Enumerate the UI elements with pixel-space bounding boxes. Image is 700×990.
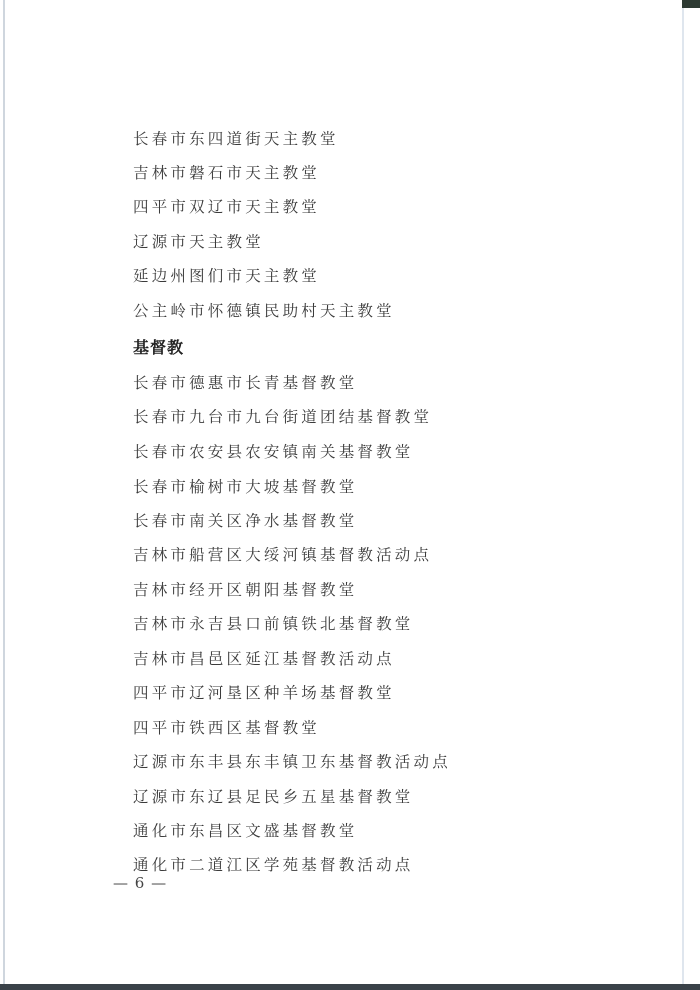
list-item: 长春市南关区净水基督教堂 [133,511,357,531]
list-item: 公主岭市怀德镇民助村天主教堂 [133,301,395,321]
list-item: 通化市二道江区学苑基督教活动点 [133,855,414,875]
list-item: 四平市铁西区基督教堂 [133,718,320,738]
page-number: — 6 — [113,874,167,892]
list-item: 吉林市船营区大绥河镇基督教活动点 [133,545,432,565]
list-item: 长春市东四道街天主教堂 [133,129,339,149]
list-item: 四平市双辽市天主教堂 [133,197,320,217]
list-item: 长春市德惠市长青基督教堂 [133,373,357,393]
scan-edge-right [682,0,684,990]
scan-corner [682,0,700,8]
list-item: 吉林市昌邑区延江基督教活动点 [133,649,395,669]
list-item: 辽源市天主教堂 [133,232,264,252]
list-item: 延边州图们市天主教堂 [133,266,320,286]
list-item: 长春市农安县农安镇南关基督教堂 [133,442,414,462]
list-item: 辽源市东丰县东丰镇卫东基督教活动点 [133,752,451,772]
list-item: 辽源市东辽县足民乡五星基督教堂 [133,787,414,807]
list-item: 通化市东昌区文盛基督教堂 [133,821,357,841]
section-heading: 基督教 [133,338,184,358]
list-item: 四平市辽河垦区种羊场基督教堂 [133,683,395,703]
list-item: 吉林市永吉县口前镇铁北基督教堂 [133,614,414,634]
scan-edge-bottom [0,984,700,990]
list-item: 长春市榆树市大坡基督教堂 [133,477,357,497]
list-item: 吉林市磐石市天主教堂 [133,163,320,183]
list-item: 吉林市经开区朝阳基督教堂 [133,580,357,600]
scan-edge-left [3,0,5,990]
list-item: 长春市九台市九台街道团结基督教堂 [133,407,432,427]
